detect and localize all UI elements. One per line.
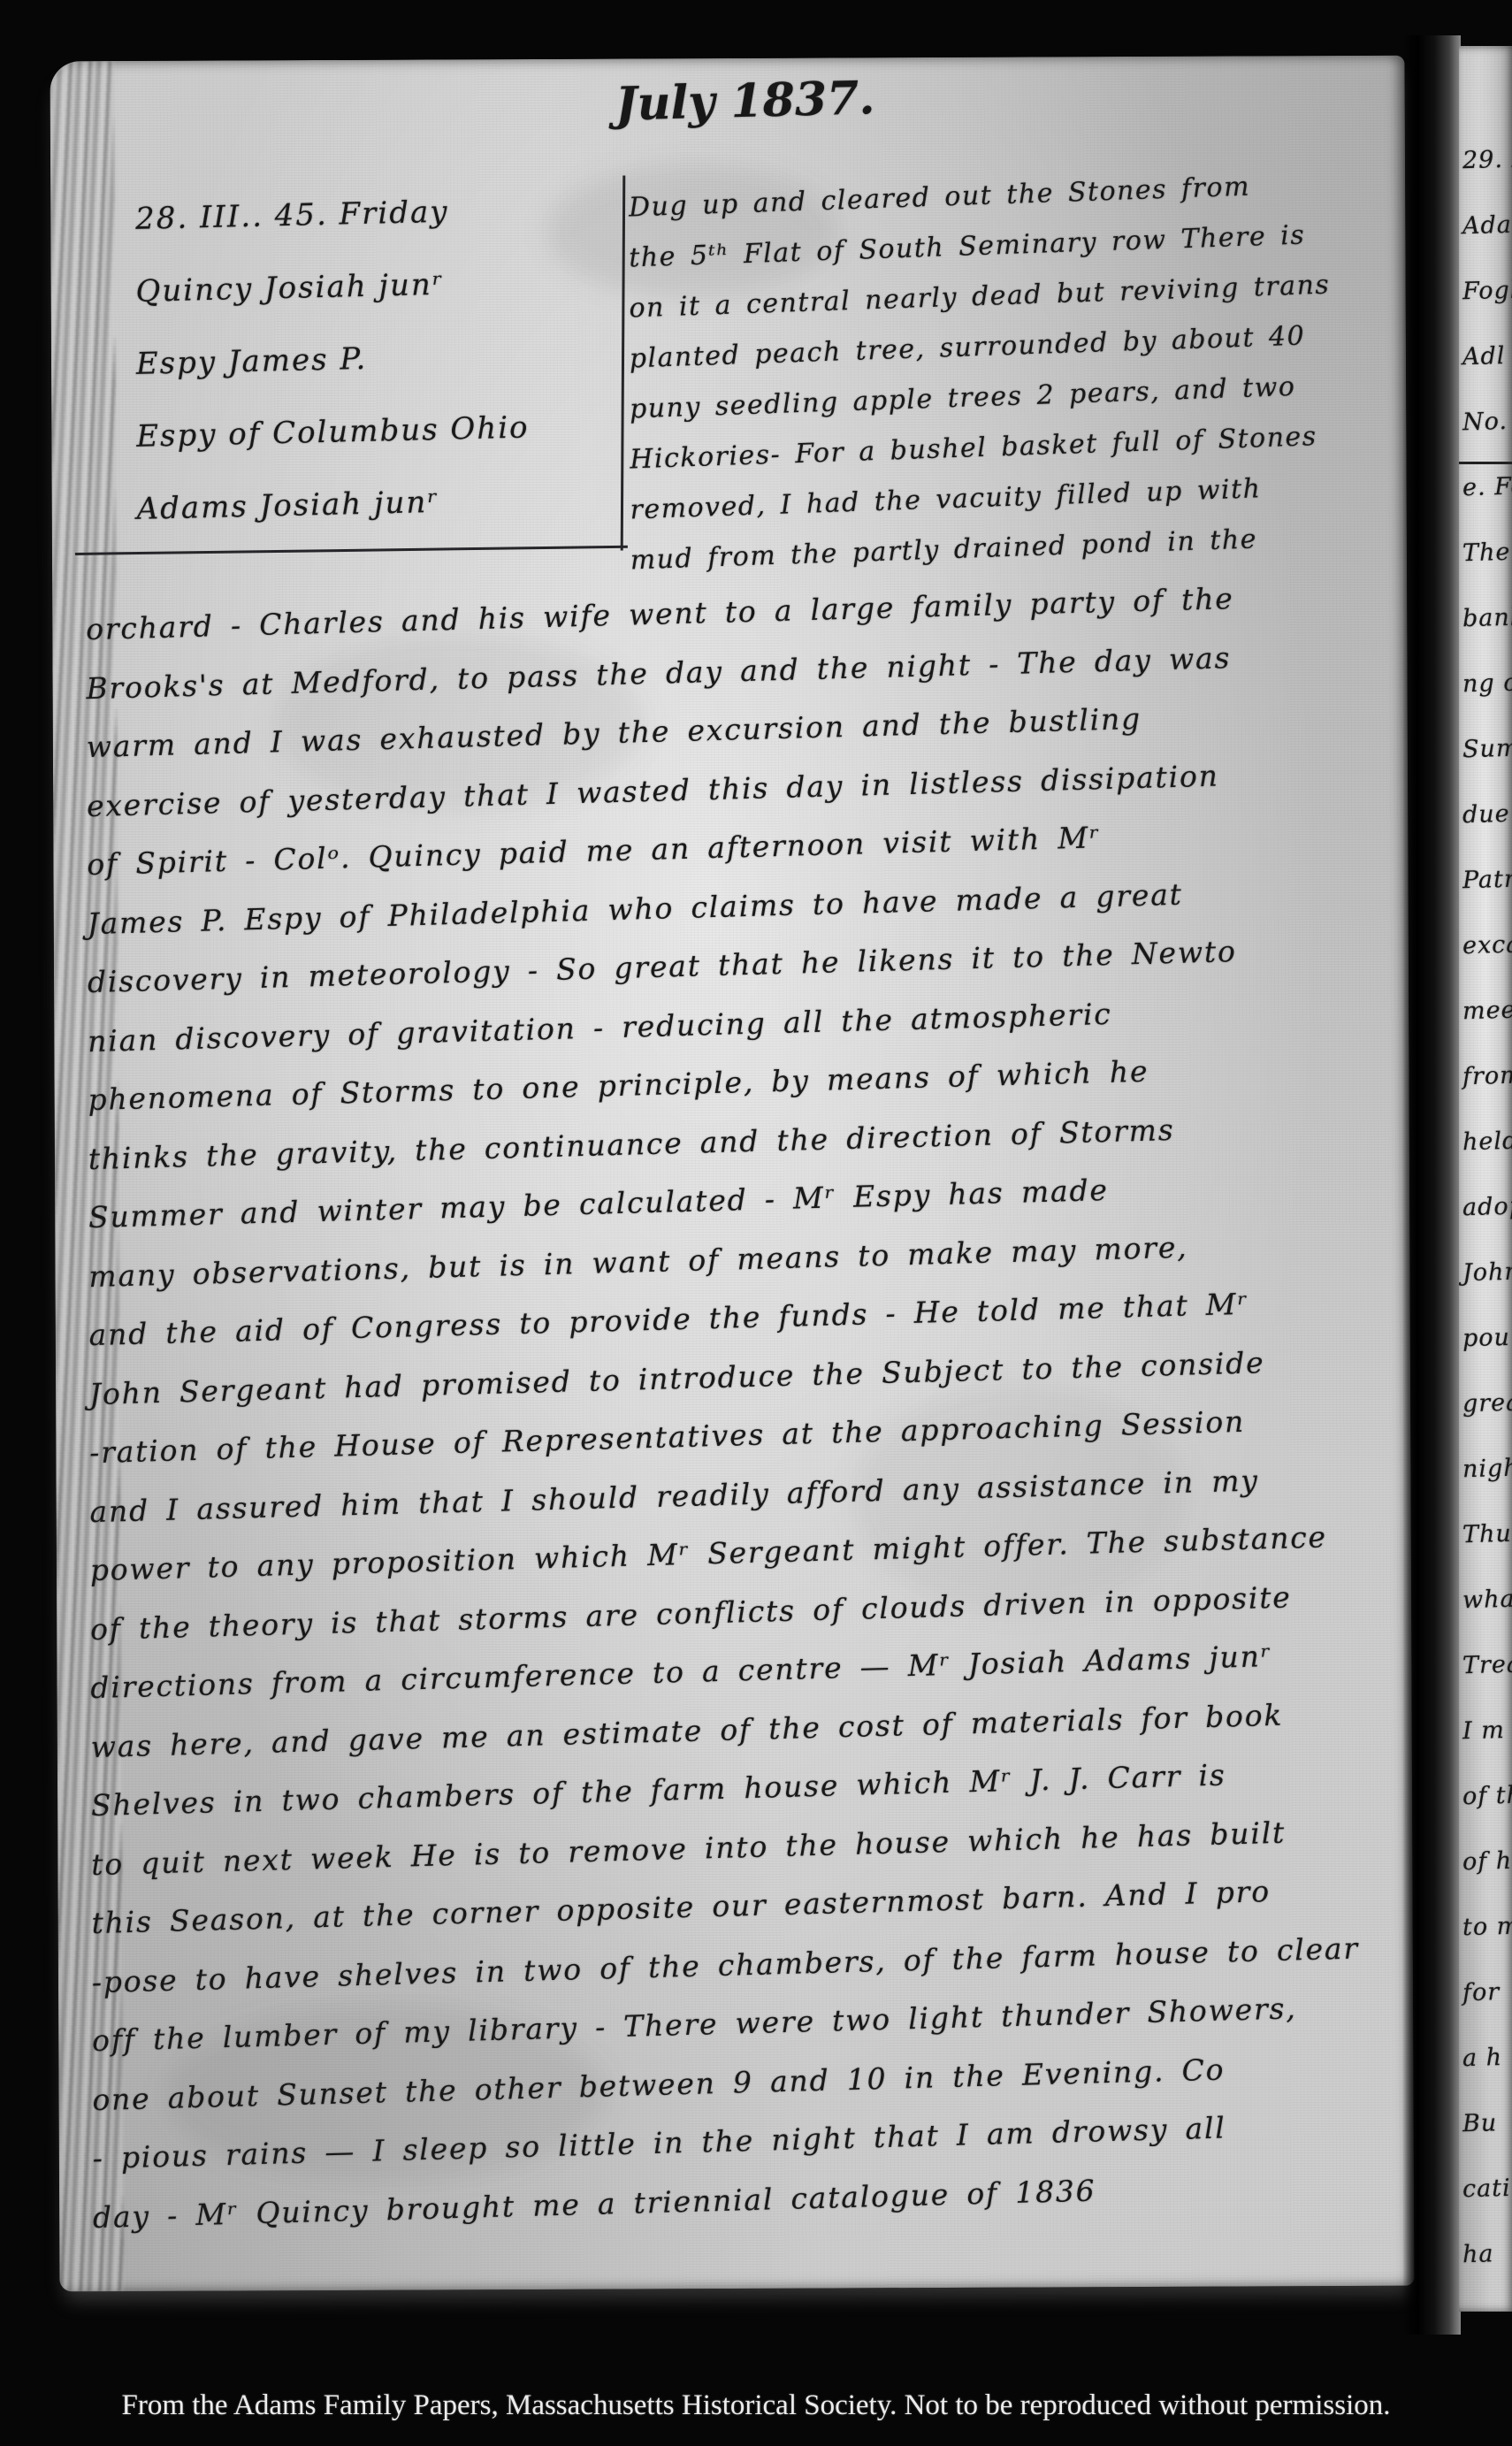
margin-divider-vertical bbox=[621, 176, 626, 551]
handwritten-fragment: due o bbox=[1462, 781, 1512, 848]
margin-index-line: 28. III.. 45. Friday bbox=[134, 172, 618, 256]
handwritten-fragment: pou bbox=[1462, 1304, 1512, 1372]
handwritten-fragment: wha bbox=[1462, 1566, 1512, 1633]
handwritten-fragment: 29. II bbox=[1462, 126, 1512, 194]
handwritten-fragment: Adl bbox=[1462, 323, 1512, 390]
credit-line: From the Adams Family Papers, Massachuse… bbox=[0, 2389, 1512, 2422]
handwritten-fragment: e. Fo bbox=[1462, 454, 1512, 521]
handwritten-fragment: cati bbox=[1462, 2155, 1512, 2222]
handwritten-fragment: Fogl bbox=[1462, 257, 1512, 325]
adjacent-page-partial: 29. IIAdamFoglAdlNo.e. FoThe Stbankng of… bbox=[1459, 46, 1512, 2312]
handwritten-fragment: Patrid bbox=[1462, 846, 1512, 913]
handwritten-fragment: nigh bbox=[1462, 1435, 1512, 1502]
margin-index-line: Quincy Josiah junʳ bbox=[135, 244, 619, 328]
handwritten-fragment: a h bbox=[1462, 2024, 1512, 2091]
handwritten-fragment: Adam bbox=[1462, 192, 1512, 259]
handwritten-fragment: bank bbox=[1462, 585, 1512, 652]
manuscript-scan: July 1837. 28. III.. 45. FridayQuincy Jo… bbox=[0, 0, 1512, 2446]
handwritten-fragment: mee bbox=[1462, 977, 1512, 1044]
entry-body: orchard - Charles and his wife went to a… bbox=[86, 595, 1414, 2248]
handwritten-fragment: for bbox=[1462, 1959, 1512, 2026]
handwritten-fragment: Sum bbox=[1462, 715, 1512, 783]
page-title: July 1837. bbox=[50, 57, 1415, 146]
entry-opening-column: Dug up and cleared out the Stones fromth… bbox=[629, 180, 1400, 586]
handwritten-fragment: Thun bbox=[1462, 1501, 1512, 1568]
handwritten-fragment: ng of bbox=[1462, 650, 1512, 717]
handwritten-fragment: held bbox=[1462, 1108, 1512, 1175]
handwritten-fragment: ha bbox=[1462, 2221, 1512, 2288]
margin-index-line: Espy James P. bbox=[135, 317, 619, 401]
handwritten-fragment: I m bbox=[1462, 1697, 1512, 1764]
handwritten-fragment: adop bbox=[1462, 1173, 1512, 1241]
handwritten-fragment: The St bbox=[1462, 519, 1512, 586]
handwritten-fragment: grea bbox=[1462, 1370, 1512, 1437]
adjacent-page-fragments: 29. IIAdamFoglAdlNo.e. FoThe Stbankng of… bbox=[1462, 127, 1512, 2287]
handwritten-fragment: exca bbox=[1462, 912, 1512, 979]
book-gutter bbox=[1402, 35, 1461, 2335]
diary-page: July 1837. 28. III.. 45. FridayQuincy Jo… bbox=[50, 56, 1415, 2292]
handwritten-fragment: Bu bbox=[1462, 2090, 1512, 2157]
handwritten-fragment: from bbox=[1462, 1043, 1512, 1110]
margin-index-line: Adams Josiah junʳ bbox=[136, 462, 620, 546]
handwritten-fragment: of th bbox=[1462, 1762, 1512, 1830]
entry-margin-index: 28. III.. 45. FridayQuincy Josiah junʳEs… bbox=[135, 181, 619, 546]
handwritten-fragment: John bbox=[1462, 1239, 1512, 1306]
margin-index-line: Espy of Columbus Ohio bbox=[135, 389, 619, 473]
handwritten-fragment: of hi bbox=[1462, 1828, 1512, 1895]
margin-divider-horizontal bbox=[75, 546, 628, 555]
handwritten-fragment: No. bbox=[1462, 388, 1512, 455]
handwritten-fragment: to m bbox=[1462, 1893, 1512, 1961]
handwritten-fragment: Trea bbox=[1462, 1632, 1512, 1699]
